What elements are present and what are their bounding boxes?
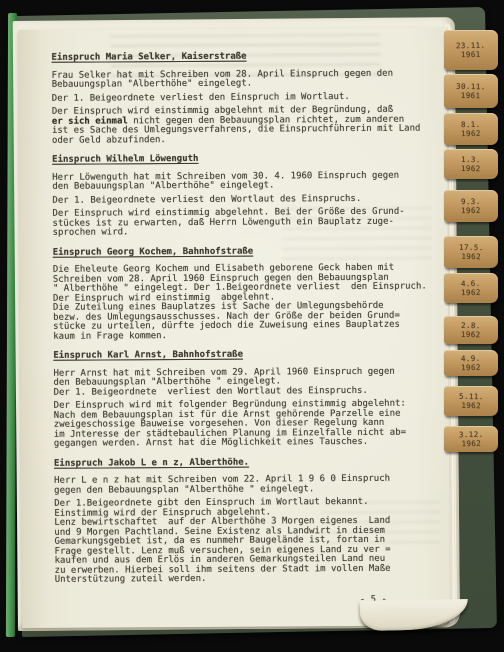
tab-date-label: 5.11. 1962	[459, 392, 484, 409]
tab-date-label: 30.11. 1961	[456, 82, 486, 100]
index-tab: 2.8. 1962	[444, 316, 498, 344]
paragraph: Der Einspruch wird einstimmig abgelehnt.…	[52, 207, 440, 238]
paragraph: Herr Arnst hat mit Schreiben vom 29. Apr…	[53, 367, 441, 398]
section-heading: Einspruch Wilhelm Löwenguth	[52, 153, 440, 165]
tab-date-label: 4.6. 1962	[461, 279, 481, 296]
section-heading: Einspruch Jakob L e n z, Alberthöhe.	[54, 457, 442, 469]
paragraph: Der Einspruch wird mit folgender Begründ…	[54, 399, 442, 449]
section-selker: Einspruch Maria Selker, Kaiserstraße Fra…	[51, 51, 440, 145]
section-loewenguth: Einspruch Wilhelm Löwenguth Herr Löwengu…	[52, 153, 440, 238]
index-tab: 8.1. 1962	[444, 113, 498, 145]
paragraph: Frau Selker hat mit Schreiben vom 28. Ap…	[52, 69, 440, 90]
tab-date-label: 1.3. 1962	[461, 155, 481, 172]
index-tab: 23.11. 1961	[444, 30, 498, 70]
tab-date-label: 8.1. 1962	[461, 120, 481, 137]
section-heading: Einspruch Maria Selker, Kaiserstraße	[51, 51, 439, 63]
section-heading: Einspruch Karl Arnst, Bahnhofstraße	[53, 349, 441, 361]
paragraph: Der 1. Beigeordnete verliest den Einspru…	[52, 92, 440, 104]
section-heading: Einspruch Georg Kochem, Bahnhofstraße	[53, 246, 441, 258]
tab-date-label: 3.12. 1962	[459, 430, 484, 447]
index-tab: 4.9. 1962	[444, 350, 498, 376]
section-lenz: Einspruch Jakob L e n z, Alberthöhe. Her…	[54, 457, 443, 585]
index-tab: 17.5. 1962	[444, 236, 498, 268]
paragraph: Herr Löwenguth hat mit Schreiben vom 30.…	[52, 171, 440, 192]
paragraph: Die Eheleute Georg Kochem und Elisabeth …	[53, 263, 441, 341]
tab-date-label: 4.9. 1962	[461, 354, 481, 371]
index-tab: 9.3. 1962	[444, 190, 498, 222]
scanned-book-photo: Einspruch Maria Selker, Kaiserstraße Fra…	[0, 0, 504, 652]
section-arnst: Einspruch Karl Arnst, Bahnhofstraße Herr…	[53, 349, 442, 449]
tab-date-label: 17.5. 1962	[459, 243, 484, 260]
section-kochem: Einspruch Georg Kochem, Bahnhofstraße Di…	[53, 246, 442, 342]
tab-date-label: 23.11. 1961	[456, 41, 486, 59]
index-tab: 30.11. 1961	[444, 74, 498, 108]
index-tab: 1.3. 1962	[444, 149, 498, 179]
document-page: Einspruch Maria Selker, Kaiserstraße Fra…	[18, 27, 450, 628]
index-tab: 4.6. 1962	[444, 273, 498, 303]
paragraph: Der 1. Beigeordnete verliest den Wortlau…	[52, 194, 440, 206]
index-tab: 3.12. 1962	[444, 426, 498, 452]
index-tab: 5.11. 1962	[444, 386, 498, 416]
paragraph: Der 1.Beigeordnete gibt den Einspruch im…	[54, 497, 443, 585]
typed-text-block: Einspruch Maria Selker, Kaiserstraße Fra…	[51, 51, 442, 606]
tab-date-label: 2.8. 1962	[461, 321, 481, 338]
paragraph: Herr L e n z hat mit Schreiben vom 22. A…	[54, 474, 442, 495]
paragraph: Der Einspruch wird einstimmig abgelehnt …	[52, 105, 440, 145]
tab-date-label: 9.3. 1962	[461, 197, 481, 214]
